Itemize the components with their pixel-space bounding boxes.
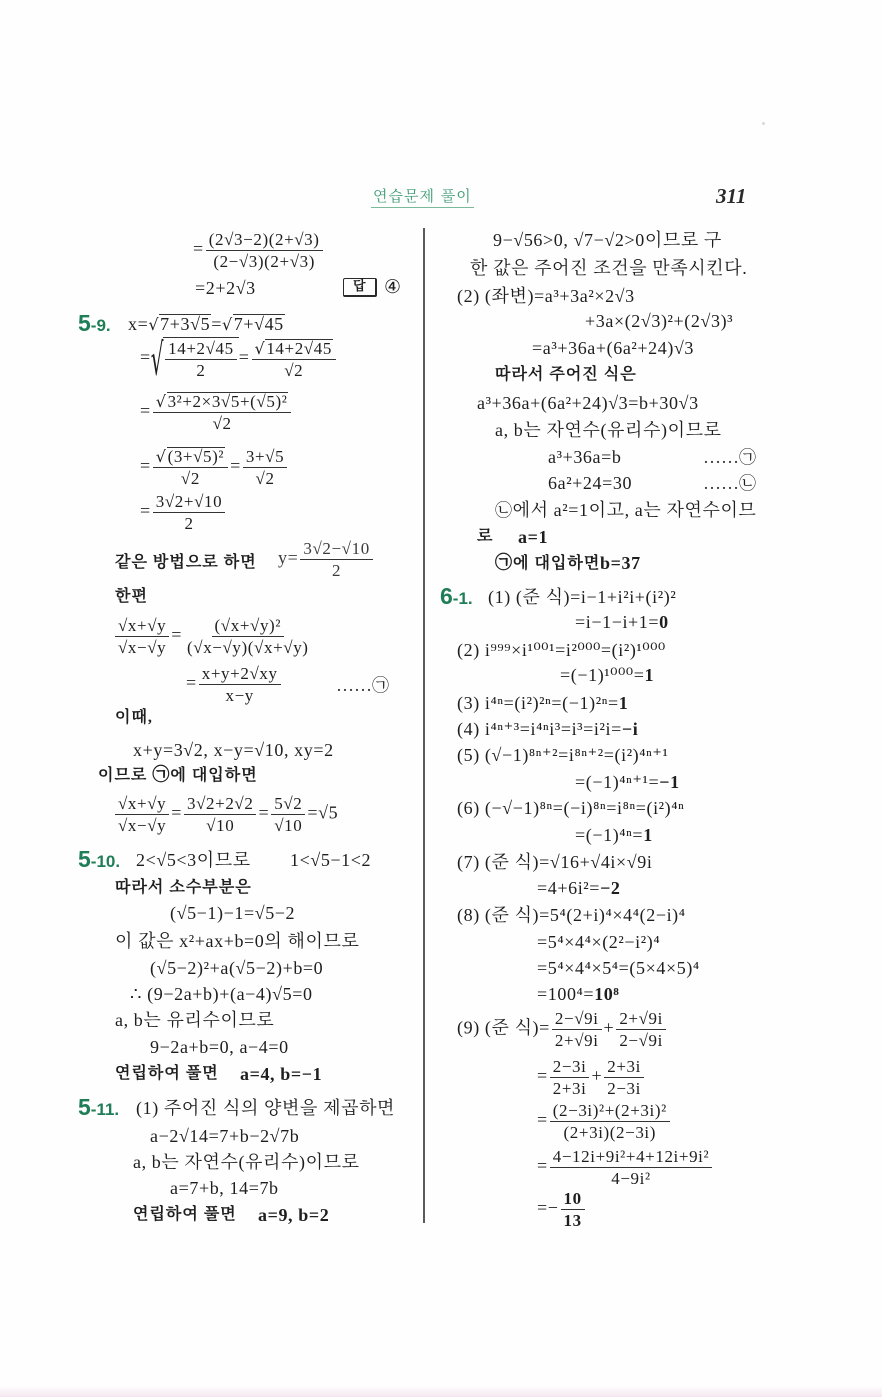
section-title: 연습문제 풀이 xyxy=(371,186,474,208)
r-6-1-line-9: (6) (−√−1)⁸ⁿ=(−i)⁸ⁿ=i⁸ⁿ=(i²)⁴ⁿ xyxy=(457,797,684,819)
answer-badge: 답 xyxy=(343,278,377,297)
r-5-11-line-11: ㉡에서 a²=1이고, a는 자연수이므 xyxy=(495,499,756,522)
eq-5-9-line-5: =3√2+√102 xyxy=(140,491,227,534)
fraction: √x+√y√x−√y xyxy=(115,793,169,836)
equals: = xyxy=(140,347,151,367)
fraction: (√x+√y)²(√x−√y)(√x+√y) xyxy=(184,615,312,658)
denominator: √2 xyxy=(281,360,306,381)
denominator: (2+3i)(2−3i) xyxy=(561,1122,659,1143)
numerator: 14+2√45 xyxy=(165,338,237,360)
numerator: 2+3i xyxy=(604,1056,644,1078)
result: −i xyxy=(622,719,638,739)
r-5-11-line-7: a³+36a+(6a²+24)√3=b+30√3 xyxy=(477,392,699,414)
math-text: =4+6i²= xyxy=(537,878,600,898)
fraction: 3√2+2√2√10 xyxy=(184,793,256,836)
math-text: =(−1)⁴ⁿ= xyxy=(575,825,643,845)
r-6-1-line-3: (2) i⁹⁹⁹×i¹⁰⁰¹=i²⁰⁰⁰=(i²)¹⁰⁰⁰ xyxy=(457,639,666,661)
numerator: 3+√5 xyxy=(243,446,287,468)
r-5-11-line-10: 6a²+24=30 xyxy=(548,472,632,494)
circled-marker-icon: ㉡ xyxy=(495,501,513,520)
result: 0 xyxy=(659,612,669,632)
eq-5-10-line-5: (√5−2)²+a(√5−2)+b=0 xyxy=(150,957,323,979)
r-6-1-line-8: =(−1)⁴ⁿ⁺¹=−1 xyxy=(575,771,680,793)
equals: = xyxy=(186,673,197,693)
sqrt-sign: √ xyxy=(255,339,266,358)
fraction: 1013 xyxy=(561,1188,585,1231)
scan-edge-tint xyxy=(0,1386,882,1397)
denominator: √10 xyxy=(203,815,237,836)
denominator: √2 xyxy=(210,413,235,434)
result: −2 xyxy=(600,878,620,898)
problem-label-6-1: 6-1. xyxy=(440,584,473,612)
denominator: √x−√y xyxy=(115,637,169,658)
eq-5-9-y-value: y=3√2−√102 xyxy=(278,538,375,581)
r-6-1-line-6: (4) i⁴ⁿ⁺³=i⁴ⁿi³=i³=i²i=−i xyxy=(457,718,638,740)
label-major: 5 xyxy=(78,1094,91,1120)
textbook-page: 연습문제 풀이 311 =(2√3−2)(2+√3)(2−√3)(2+√3) =… xyxy=(0,0,882,1397)
math-text: =(−1)⁴ⁿ⁺¹= xyxy=(575,772,659,792)
numerator: √14+2√45 xyxy=(252,338,336,360)
math-text: =(−1)¹⁰⁰⁰= xyxy=(560,665,645,685)
fraction: 2+√9i2−√9i xyxy=(616,1008,666,1051)
radicand: 3²+2×3√5+(√5)² xyxy=(167,392,289,411)
denominator: 2+3i xyxy=(550,1078,590,1099)
problem-label-5-11: 5-11. xyxy=(78,1095,119,1123)
leader-dots: …… xyxy=(336,675,372,695)
equation-tag-a: ……㉠ xyxy=(703,446,757,469)
text-5-10-solve: 연립하여 풀면 xyxy=(115,1063,219,1085)
math-text: y= xyxy=(278,548,298,568)
r-5-11-line-3: (2) (좌변)=a³+3a²×2√3 xyxy=(457,285,635,307)
denominator: (2−√3)(2+√3) xyxy=(210,251,318,272)
circled-marker-icon: ㉠ xyxy=(152,765,170,784)
text: 에 대입하면 xyxy=(170,767,257,784)
circled-marker-icon: ㉠ xyxy=(739,448,757,467)
leader-dots: …… xyxy=(703,447,739,467)
equals: = xyxy=(211,314,222,334)
denominator: (√x−√y)(√x+√y) xyxy=(184,637,312,658)
result-5-11: a=9, b=2 xyxy=(258,1204,329,1226)
r-6-1-line-7: (5) (√−1)⁸ⁿ⁺²=i⁸ⁿ⁺²=(i²)⁴ⁿ⁺¹ xyxy=(457,744,669,766)
denominator: √x−√y xyxy=(115,815,169,836)
text-5-9-meanwhile: 한편 xyxy=(115,586,148,608)
eq-5-10-line-7: a, b는 유리수이므로 xyxy=(115,1009,274,1031)
radicand: 14+2√452 xyxy=(163,337,239,381)
leader-dots: …… xyxy=(703,473,739,493)
math-text: =i−1−i+1= xyxy=(575,612,659,632)
equals: = xyxy=(537,1156,548,1176)
radicand: 7+3√5 xyxy=(159,314,211,333)
numerator: (√x+√y)² xyxy=(212,615,284,637)
r-5-11-line-12: 로 xyxy=(477,526,493,548)
result: −1 xyxy=(659,772,679,792)
numerator: 2−3i xyxy=(550,1056,590,1078)
denominator: 2 xyxy=(193,360,208,381)
denominator: 2−3i xyxy=(604,1078,644,1099)
text-5-9-at-this-time: 이때, xyxy=(115,707,153,729)
eq-5-11-line-4: a=7+b, 14=7b xyxy=(170,1177,279,1199)
column-divider xyxy=(423,228,425,1223)
r-6-1-line-18: =2−3i2+3i+2+3i2−3i xyxy=(537,1056,646,1099)
numerator: 3√2+√10 xyxy=(153,491,225,513)
label-minor: -1. xyxy=(453,589,473,608)
numerator: 2+√9i xyxy=(616,1008,666,1030)
plus: + xyxy=(604,1018,615,1038)
fraction: x+y+2√xyx−y xyxy=(199,663,281,706)
eq-5-8-line-1: =(2√3−2)(2+√3)(2−√3)(2+√3) xyxy=(193,229,325,272)
r-5-11-line-6: 따라서 주어진 식은 xyxy=(495,364,637,386)
text-5-9-same-method: 같은 방법으로 하면 xyxy=(115,552,257,574)
fraction: 2+3i2−3i xyxy=(604,1056,644,1099)
eq-5-10-line-6: ∴ (9−2a+b)+(a−4)√5=0 xyxy=(130,983,313,1005)
fraction: 3+√5√2 xyxy=(243,446,287,489)
r-5-11-line-9: a³+36a=b xyxy=(548,446,621,468)
circled-marker-icon: ㉠ xyxy=(372,676,390,695)
r-6-1-line-2: =i−1−i+1=0 xyxy=(575,611,669,633)
radicand: 14+2√45 xyxy=(265,339,333,358)
radical: √14+2√452 xyxy=(151,337,239,381)
r-6-1-line-1: (1) (준 식)=i−1+i²i+(i²)² xyxy=(488,586,676,608)
sqrt-sign: √ xyxy=(148,315,159,334)
fraction: √14+2√45√2 xyxy=(252,338,336,381)
eq-5-9-line-2: =√14+2√452=√14+2√45√2 xyxy=(140,337,338,381)
math-text: (3) i⁴ⁿ=(i²)²ⁿ=(−1)²ⁿ= xyxy=(457,693,619,713)
r-6-1-line-12: =4+6i²=−2 xyxy=(537,877,621,899)
eq-5-9-line-13: √x+√y√x−√y=3√2+2√2√10=5√2√10=√5 xyxy=(113,793,338,836)
result: 1 xyxy=(643,825,653,845)
equals: = xyxy=(230,456,241,476)
equation-tag-b: ……㉡ xyxy=(703,472,757,495)
answer-choice: ④ xyxy=(384,276,401,298)
fraction: 4−12i+9i²+4+12i+9i²4−9i² xyxy=(550,1146,712,1189)
sqrt-sign: √ xyxy=(222,315,233,334)
equation-tag-a: ……㉠ xyxy=(336,674,390,697)
denominator: 4−9i² xyxy=(608,1168,653,1189)
numerator: 4−12i+9i²+4+12i+9i² xyxy=(550,1146,712,1168)
sqrt-sign: √ xyxy=(151,335,164,383)
radicand: 7+√45 xyxy=(233,314,285,333)
numerator: √x+√y xyxy=(115,615,169,637)
eq-5-9-line-11: x+y=3√2, x−y=√10, xy=2 xyxy=(133,739,334,761)
result-b: b=37 xyxy=(600,552,641,574)
eq-5-8-line-2: =2+2√3 xyxy=(195,277,256,299)
eq-5-10-line-8: 9−2a+b=0, a−4=0 xyxy=(150,1036,289,1058)
fraction: 2−3i2+3i xyxy=(550,1056,590,1099)
label-minor: -11. xyxy=(91,1100,119,1119)
r-6-1-line-13: (8) (준 식)=5⁴(2+i)⁴×4⁴(2−i)⁴ xyxy=(457,904,686,926)
math-text: x= xyxy=(128,314,148,334)
text: 에서 a²=1이고, a는 자연수이므 xyxy=(513,500,757,520)
eq-5-11-line-3: a, b는 자연수(유리수)이므로 xyxy=(133,1151,360,1173)
fraction: 5√2√10 xyxy=(271,793,305,836)
numerator: 10 xyxy=(561,1188,585,1210)
eq-5-9-line-9: =x+y+2√xyx−y xyxy=(186,663,283,706)
problem-label-5-10: 5-10. xyxy=(78,847,120,875)
equals: = xyxy=(239,347,250,367)
text: 에 대입하면 xyxy=(513,555,600,572)
denominator: 13 xyxy=(561,1210,585,1231)
equals: = xyxy=(140,401,151,421)
plus: + xyxy=(591,1066,602,1086)
numerator: (2−3i)²+(2+3i)² xyxy=(550,1100,670,1122)
r-6-1-line-16: =100⁴=10⁸ xyxy=(537,983,619,1005)
numerator: √(3+√5)² xyxy=(153,446,228,468)
numerator: 2−√9i xyxy=(552,1008,602,1030)
eq-5-10-line-3: (√5−1)−1=√5−2 xyxy=(170,902,295,924)
equals: = xyxy=(171,625,182,645)
text-5-10-line-2: 따라서 소수부분은 xyxy=(115,877,252,899)
result: 1 xyxy=(645,665,655,685)
math-text: =√5 xyxy=(307,803,338,823)
eq-5-9-line-3: =√3²+2×3√5+(√5)²√2 xyxy=(140,391,293,434)
r-5-11-line-4: +3a×(2√3)²+(2√3)³ xyxy=(585,310,733,332)
r-6-1-line-10: =(−1)⁴ⁿ=1 xyxy=(575,824,653,846)
math-text: =100⁴= xyxy=(537,984,594,1004)
denominator: 2+√9i xyxy=(552,1030,602,1051)
r-6-1-line-17: (9) (준 식)=2−√9i2+√9i+2+√9i2−√9i xyxy=(457,1008,668,1051)
text-5-9-substitute: 이므로 ㉠에 대입하면 xyxy=(98,764,258,787)
circled-marker-icon: ㉡ xyxy=(739,474,757,493)
result-5-10: a=4, b=−1 xyxy=(240,1063,322,1085)
fraction: (2√3−2)(2+√3)(2−√3)(2+√3) xyxy=(206,229,323,272)
label-major: 5 xyxy=(78,310,91,336)
r-6-1-line-20: =4−12i+9i²+4+12i+9i²4−9i² xyxy=(537,1146,714,1189)
math-text: (9) (준 식)= xyxy=(457,1018,550,1038)
denominator: 2 xyxy=(329,560,344,581)
sqrt-sign: √ xyxy=(156,392,167,411)
fraction: √(3+√5)²√2 xyxy=(153,446,228,489)
eq-5-10-line-1b: 1<√5−1<2 xyxy=(290,849,371,871)
equals: = xyxy=(140,456,151,476)
r-5-11-line-1: 9−√56>0, √7−√2>0이므로 구 xyxy=(493,229,722,251)
numerator: (2√3−2)(2+√3) xyxy=(206,229,323,251)
eq-5-9-line-8: √x+√y√x−√y=(√x+√y)²(√x−√y)(√x+√y) xyxy=(113,615,314,658)
numerator: x+y+2√xy xyxy=(199,663,281,685)
denominator: √2 xyxy=(253,468,278,489)
result-a: a=1 xyxy=(518,526,548,548)
scan-speck xyxy=(762,122,765,125)
label-major: 6 xyxy=(440,583,453,609)
eq-5-11-line-2: a−2√14=7+b−2√7b xyxy=(150,1125,299,1147)
numerator: √x+√y xyxy=(115,793,169,815)
equals: = xyxy=(537,1066,548,1086)
fraction: 14+2√452 xyxy=(165,338,237,381)
fraction: 2−√9i2+√9i xyxy=(552,1008,602,1051)
numerator: √3²+2×3√5+(√5)² xyxy=(153,391,292,413)
text: 이므로 xyxy=(98,767,152,784)
numerator: 3√2−√10 xyxy=(300,538,372,560)
numerator: 3√2+2√2 xyxy=(184,793,256,815)
problem-label-5-9: 5-9. xyxy=(78,311,111,339)
r-6-1-line-5: (3) i⁴ⁿ=(i²)²ⁿ=(−1)²ⁿ=1 xyxy=(457,692,628,714)
eq-5-9-line-4: =√(3+√5)²√2=3+√5√2 xyxy=(140,446,289,489)
fraction: (2−3i)²+(2+3i)²(2+3i)(2−3i) xyxy=(550,1100,670,1143)
result: 10⁸ xyxy=(594,984,619,1004)
text-5-11-line-1: (1) 주어진 식의 양변을 제곱하면 xyxy=(136,1097,395,1119)
denominator: x−y xyxy=(222,685,256,706)
r-5-11-line-5: =a³+36a+(6a²+24)√3 xyxy=(532,337,694,359)
fraction: 3√2+√102 xyxy=(153,491,225,534)
r-6-1-line-21: =−1013 xyxy=(537,1188,587,1231)
label-major: 5 xyxy=(78,846,91,872)
r-6-1-line-14: =5⁴×4⁴×(2²−i²)⁴ xyxy=(537,931,660,953)
r-6-1-line-11: (7) (준 식)=√16+√4i×√9i xyxy=(457,851,652,873)
fraction: √x+√y√x−√y xyxy=(115,615,169,658)
r-5-11-line-2: 한 값은 주어진 조건을 만족시킨다. xyxy=(470,257,747,279)
equals: =− xyxy=(537,1198,559,1218)
radicand: (3+√5)² xyxy=(167,447,226,466)
r-6-1-line-19: =(2−3i)²+(2+3i)²(2+3i)(2−3i) xyxy=(537,1100,672,1143)
fraction: √3²+2×3√5+(√5)²√2 xyxy=(153,391,292,434)
text-5-11-solve: 연립하여 풀면 xyxy=(133,1204,237,1226)
label-minor: -9. xyxy=(91,316,111,335)
page-number: 311 xyxy=(716,184,746,208)
equals: = xyxy=(537,1110,548,1130)
denominator: 2 xyxy=(181,513,196,534)
equals: = xyxy=(258,803,269,823)
denominator: 2−√9i xyxy=(616,1030,666,1051)
sqrt-sign: √ xyxy=(156,447,167,466)
r-6-1-line-15: =5⁴×4⁴×5⁴=(5×4×5)⁴ xyxy=(537,957,700,979)
equals: = xyxy=(171,803,182,823)
r-5-11-line-13: ㉠에 대입하면 xyxy=(495,552,600,575)
numerator: 5√2 xyxy=(271,793,305,815)
result: 1 xyxy=(619,693,629,713)
r-6-1-line-4: =(−1)¹⁰⁰⁰=1 xyxy=(560,664,654,686)
circled-marker-icon: ㉠ xyxy=(495,553,513,572)
label-minor: -10. xyxy=(91,852,120,871)
denominator: √10 xyxy=(271,815,305,836)
equals: = xyxy=(193,239,204,259)
r-5-11-line-8: a, b는 자연수(유리수)이므로 xyxy=(495,419,722,441)
equals: = xyxy=(140,501,151,521)
math-text: (4) i⁴ⁿ⁺³=i⁴ⁿi³=i³=i²i= xyxy=(457,719,622,739)
fraction: 3√2−√102 xyxy=(300,538,372,581)
eq-5-10-line-1: 2<√5<3이므로 xyxy=(136,849,251,871)
denominator: √2 xyxy=(178,468,203,489)
eq-5-10-line-4: 이 값은 x²+ax+b=0의 해이므로 xyxy=(115,930,359,952)
